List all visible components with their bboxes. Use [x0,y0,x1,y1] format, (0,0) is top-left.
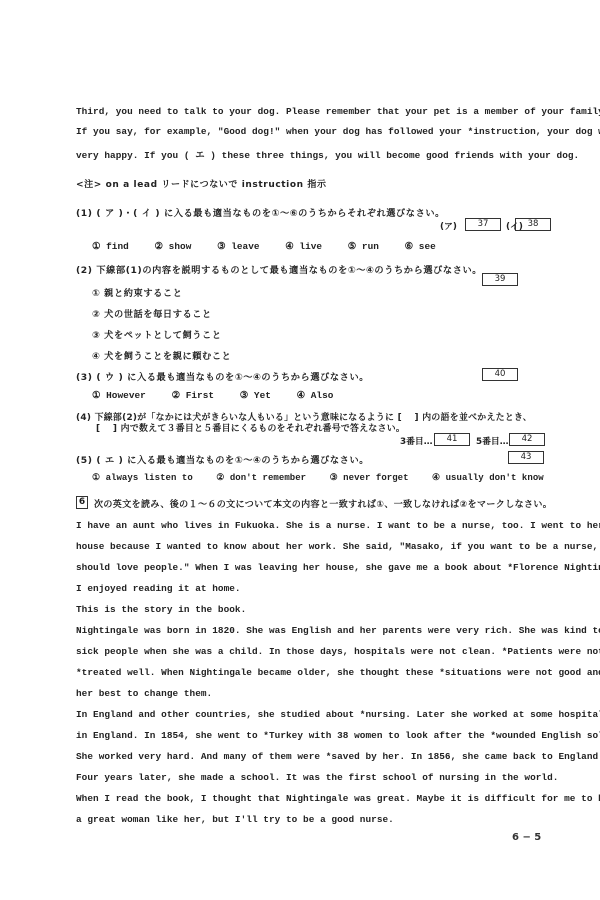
q4-label-5th: 5番目… [476,434,509,447]
section-number-6: 6 [76,496,88,509]
option[interactable]: ③ leave [217,241,260,252]
story-line: Four years later, she made a school. It … [76,772,558,783]
option[interactable]: ⑤ run [348,241,379,252]
story-line: When I read the book, I thought that Nig… [76,793,600,804]
q2-option[interactable]: ① 親と約束すること [92,285,182,299]
q1-options: ① find ② show ③ leave ④ live ⑤ run ⑥ see [92,241,456,252]
option[interactable]: ② First [172,390,215,401]
option[interactable]: ④ Also [297,390,334,401]
vocab-notes: <注> on a lead リードにつないで instruction 指示 [76,177,327,190]
answer-box-40[interactable]: 40 [482,368,518,381]
exam-page: Third, you need to talk to your dog. Ple… [0,0,600,900]
passage-line: very happy. If you ( エ ) these three thi… [76,147,579,161]
question-4-prompt-line2: [ ] 内で数えて３番目と５番目にくるものをそれぞれ番号で答えなさい。 [96,421,405,434]
question-3-prompt: (3) ( ウ ) に入る最も適当なものを①〜④のうちから選びなさい。 [76,369,369,383]
story-line: Nightingale was born in 1820. She was En… [76,625,600,636]
question-5-prompt: (5) ( エ ) に入る最も適当なものを①〜④のうちから選びなさい。 [76,452,369,466]
story-line: *treated well. When Nightingale became o… [76,667,600,678]
page-number: 6 − 5 [512,832,541,843]
option[interactable]: ④ usually don't know [432,473,544,483]
story-line: house because I wanted to know about her… [76,541,600,552]
answer-box-38[interactable]: 38 [515,218,551,231]
option[interactable]: ② show [155,241,192,252]
option[interactable]: ③ never forget [330,473,409,483]
option[interactable]: ① always listen to [92,473,193,483]
option[interactable]: ① find [92,241,129,252]
passage-line: If you say, for example, "Good dog!" whe… [76,126,600,137]
option[interactable]: ② don't remember [216,473,306,483]
story-line: I have an aunt who lives in Fukuoka. She… [76,520,600,531]
story-line: I enjoyed reading it at home. [76,583,241,594]
story-line: a great woman like her, but I'll try to … [76,814,394,825]
answer-box-43[interactable]: 43 [508,451,544,464]
story-line: This is the story in the book. [76,604,246,615]
passage-line: Third, you need to talk to your dog. Ple… [76,106,600,117]
q4-label-3rd: 3番目… [400,434,433,447]
q5-options: ① always listen to ② don't remember ③ ne… [92,473,564,483]
answer-box-42[interactable]: 42 [509,433,545,446]
option[interactable]: ⑥ see [405,241,436,252]
option[interactable]: ① However [92,390,146,401]
story-line: She worked very hard. And many of them w… [76,751,600,762]
answer-box-39[interactable]: 39 [482,273,518,286]
option[interactable]: ③ Yet [240,390,271,401]
q2-option[interactable]: ② 犬の世話を毎日すること [92,306,212,320]
story-line: In England and other countries, she stud… [76,709,600,720]
story-line: her best to change them. [76,688,212,699]
q2-option[interactable]: ④ 犬を飼うことを親に頼むこと [92,348,231,362]
section-6-instruction: 次の英文を読み、後の１〜６の文について本文の内容と一致すれば①、一致しなければ②… [94,497,552,510]
story-line: in England. In 1854, she went to *Turkey… [76,730,600,741]
answer-box-37[interactable]: 37 [465,218,501,231]
q3-options: ① However ② First ③ Yet ④ Also [92,390,353,401]
question-2-prompt: (2) 下線部(1)の内容を説明するものとして最も適当なものを①〜④のうちから選… [76,262,482,276]
q2-option[interactable]: ③ 犬をペットとして飼うこと [92,327,222,341]
story-line: should love people." When I was leaving … [76,562,600,573]
q1-label-a: (ア) [440,219,457,232]
question-1-prompt: (1) ( ア )・( イ ) に入る最も適当なものを①〜⑥のうちからそれぞれ選… [76,205,445,219]
answer-box-41[interactable]: 41 [434,433,470,446]
option[interactable]: ④ live [285,241,322,252]
story-line: sick people when she was a child. In tho… [76,646,600,657]
